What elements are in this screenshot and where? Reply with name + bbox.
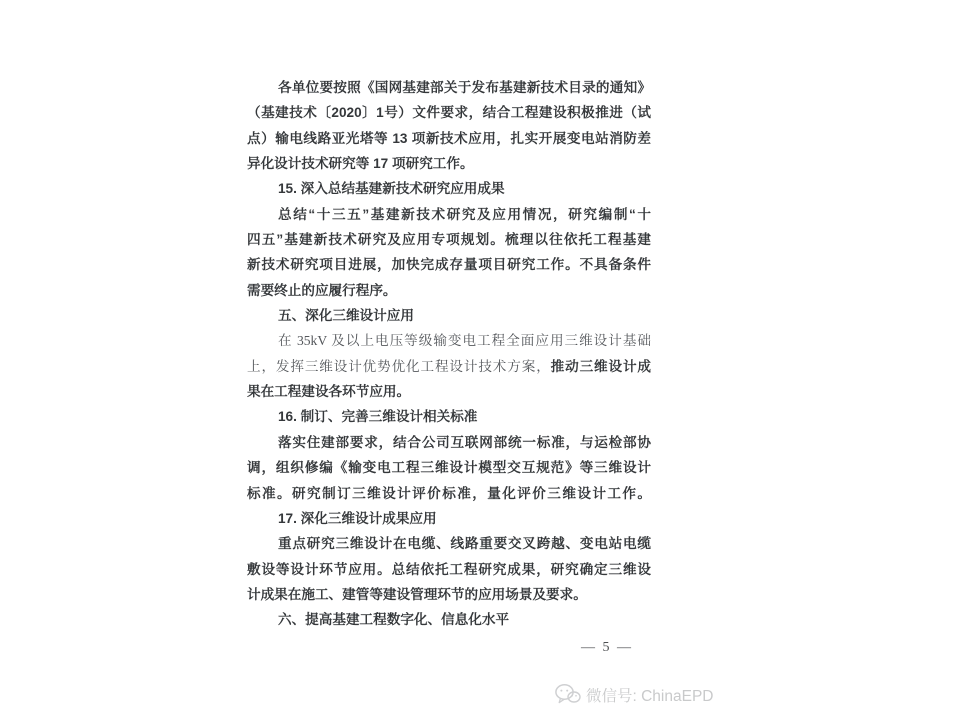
text-line: 四五”基建新技术研究及应用专项规划。梳理以往依托工程基建 — [247, 227, 651, 252]
text-run: 15. 深入总结基建新技术研究应用成果 — [278, 181, 505, 196]
section-heading: 15. 深入总结基建新技术研究应用成果 — [247, 176, 651, 201]
text-run: 重点研究三维设计在电缆、线路重要交叉跨越、变电站电缆 — [278, 536, 651, 551]
text-run: 计成果在施工、建管等建设管理环节的应用场景及要求。 — [247, 587, 587, 602]
page-number: — 5 — — [581, 640, 633, 656]
text-run: 异化设计技术研究等 17 项研究工作。 — [247, 156, 474, 171]
text-line: 上，发挥三维设计优势优化工程设计技术方案，推动三维设计成 — [247, 354, 651, 379]
text-run: 果在工程建设各环节应用。 — [247, 384, 410, 399]
text-run: 调，组织修编《输变电工程三维设计模型交互规范》等三维设计 — [247, 460, 651, 475]
section-heading: 五、深化三维设计应用 — [247, 303, 651, 328]
text-run: 落实住建部要求，结合公司互联网部统一标准，与运检部协 — [278, 435, 651, 450]
document-text-block: 各单位要按照《国网基建部关于发布基建新技术目录的通知》 （基建技术〔2020〕1… — [247, 75, 651, 633]
text-line: 各单位要按照《国网基建部关于发布基建新技术目录的通知》 — [247, 75, 651, 100]
text-line: 在 35kV 及以上电压等级输变电工程全面应用三维设计基础 — [247, 328, 651, 353]
text-run: 六、提高基建工程数字化、信息化水平 — [278, 612, 509, 627]
wechat-icon — [554, 683, 581, 706]
text-line: 新技术研究项目进展，加快完成存量项目研究工作。不具备条件 — [247, 252, 651, 277]
text-run: 上，发挥三维设计优势优化工程设计技术方案， — [247, 359, 551, 374]
section-heading: 16. 制订、完善三维设计相关标准 — [247, 404, 651, 429]
text-run: （基建技术〔2020〕1号）文件要求，结合工程建设积极推进（试 — [247, 105, 651, 120]
text-run: 总结“十三五”基建新技术研究及应用情况，研究编制“十 — [278, 207, 651, 222]
text-run: 在 35kV 及以上电压等级输变电工程全面应用三维设计基础 — [278, 333, 651, 348]
section-heading: 六、提高基建工程数字化、信息化水平 — [247, 607, 651, 632]
text-line: 总结“十三五”基建新技术研究及应用情况，研究编制“十 — [247, 202, 651, 227]
text-run: 各单位要按照《国网基建部关于发布基建新技术目录的通知》 — [278, 80, 651, 95]
text-line: 异化设计技术研究等 17 项研究工作。 — [247, 151, 651, 176]
text-line: 调，组织修编《输变电工程三维设计模型交互规范》等三维设计 — [247, 455, 651, 480]
document-page: 各单位要按照《国网基建部关于发布基建新技术目录的通知》 （基建技术〔2020〕1… — [0, 0, 960, 720]
text-run: 16. 制订、完善三维设计相关标准 — [278, 409, 477, 424]
text-run: 新技术研究项目进展，加快完成存量项目研究工作。不具备条件 — [247, 257, 651, 272]
text-run: 五、深化三维设计应用 — [278, 308, 414, 323]
text-line: 落实住建部要求，结合公司互联网部统一标准，与运检部协 — [247, 430, 651, 455]
text-line: 敷设等设计环节应用。总结依托工程研究成果，研究确定三维设 — [247, 557, 651, 582]
text-run: 四五”基建新技术研究及应用专项规划。梳理以往依托工程基建 — [247, 232, 651, 247]
text-line: 重点研究三维设计在电缆、线路重要交叉跨越、变电站电缆 — [247, 531, 651, 556]
watermark: 微信号: ChinaEPD — [554, 683, 713, 706]
text-line: 需要终止的应履行程序。 — [247, 278, 651, 303]
text-run: 点）输电线路亚光塔等 13 项新技术应用，扎实开展变电站消防差 — [247, 131, 651, 146]
section-heading: 17. 深化三维设计成果应用 — [247, 506, 651, 531]
text-run: 需要终止的应履行程序。 — [247, 283, 397, 298]
text-line: 点）输电线路亚光塔等 13 项新技术应用，扎实开展变电站消防差 — [247, 126, 651, 151]
text-line: 计成果在施工、建管等建设管理环节的应用场景及要求。 — [247, 582, 651, 607]
text-run: 敷设等设计环节应用。总结依托工程研究成果，研究确定三维设 — [247, 562, 651, 577]
text-line: （基建技术〔2020〕1号）文件要求，结合工程建设积极推进（试 — [247, 100, 651, 125]
text-run: 推动三维设计成 — [551, 359, 651, 374]
watermark-text: 微信号: ChinaEPD — [586, 684, 713, 706]
text-run: 标准。研究制订三维设计评价标准，量化评价三维设计工作。 — [247, 486, 651, 501]
text-line: 标准。研究制订三维设计评价标准，量化评价三维设计工作。 — [247, 481, 651, 506]
text-line: 果在工程建设各环节应用。 — [247, 379, 651, 404]
text-run: 17. 深化三维设计成果应用 — [278, 511, 437, 526]
